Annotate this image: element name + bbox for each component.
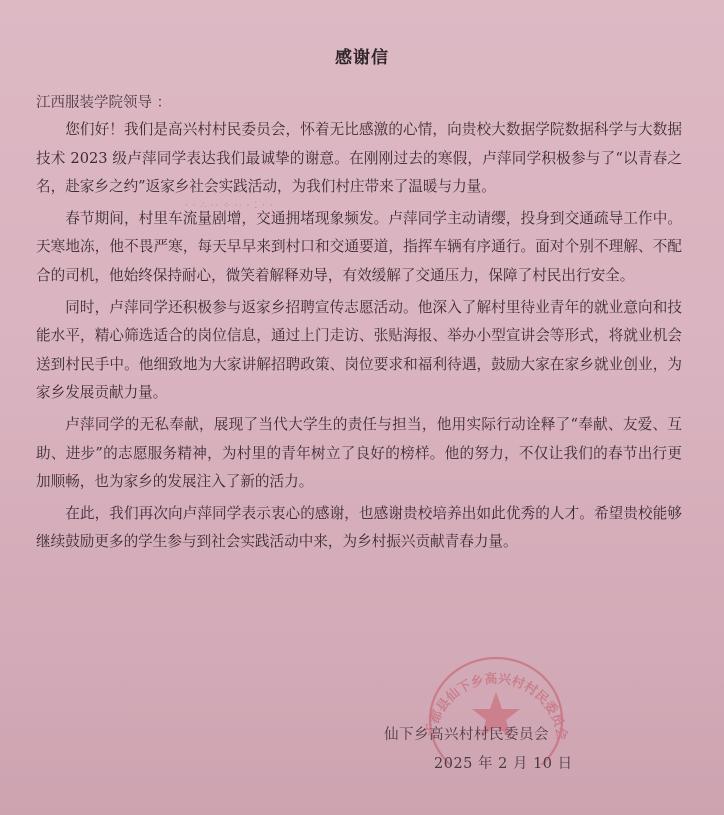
official-seal-stamp: 于都县仙下乡高兴村村民委员会 xyxy=(420,650,570,765)
paragraph-praise: 卢萍同学的无私奉献，展现了当代大学生的责任与担当，他用实际行动诠释了“奉献、友爱… xyxy=(36,411,682,497)
letter-body: 您们好！我们是高兴村村民委员会，怀着无比感激的心情，向贵校大数据学院数据科学与大… xyxy=(36,116,682,560)
paragraph-recruitment: 同时，卢萍同学还积极参与返家乡招聘宣传志愿活动。他深入了解村里待业青年的就业意向… xyxy=(36,294,682,408)
signatory: 仙下乡高兴村村民委员会 xyxy=(384,723,549,744)
letter-date: 2025 年 2 月 10 日 xyxy=(434,752,573,773)
paragraph-closing: 在此，我们再次向卢萍同学表示衷心的感谢，也感谢贵校培养出如此优秀的人才。希望贵校… xyxy=(36,500,682,557)
paragraph-greeting: 您们好！我们是高兴村村民委员会，怀着无比感激的心情，向贵校大数据学院数据科学与大… xyxy=(36,116,682,202)
letter-salutation: 江西服装学院领导 ： xyxy=(36,91,171,112)
paragraph-traffic: 春节期间，村里车流量剧增，交通拥堵现象频发。卢萍同学主动请缨，投身到交通疏导工作… xyxy=(36,205,682,291)
letter-page: 感谢信 江西服装学院领导 ： · · ∴ ·· ⁘ ·· · ⁚ · · 您们好… xyxy=(0,0,724,815)
letter-title: 感谢信 xyxy=(0,43,724,68)
